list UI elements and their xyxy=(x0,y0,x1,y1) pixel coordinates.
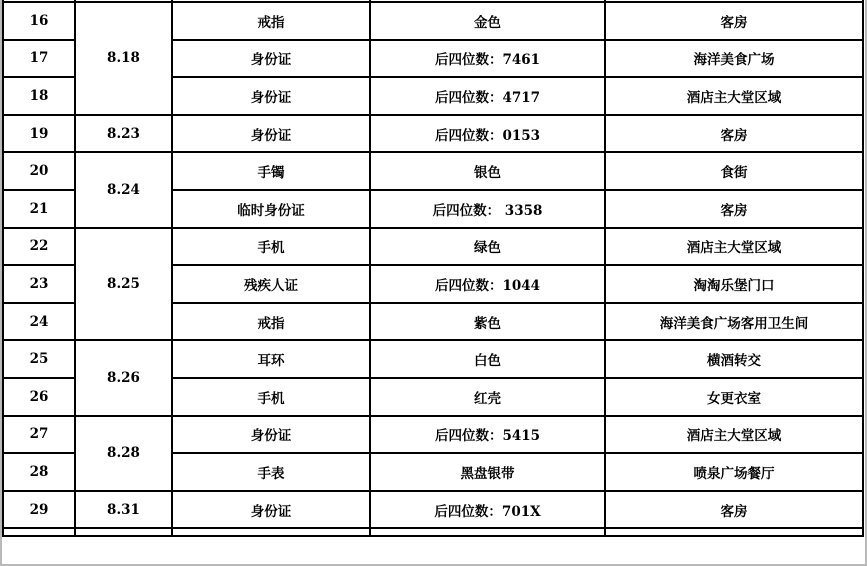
description-cell: 后四位数：4717 xyxy=(370,77,605,115)
item-cell: 残疾人证 xyxy=(172,265,370,303)
location-cell: 喷泉广场餐厅 xyxy=(605,453,863,491)
row-number-cell: 26 xyxy=(3,378,75,416)
description-cell: 紫色 xyxy=(370,303,605,341)
row-number-cell: 29 xyxy=(3,491,75,529)
date-cell: 8.31 xyxy=(75,491,172,529)
location-cell: 横酒转交 xyxy=(605,340,863,378)
description-cell: 后四位数：1044 xyxy=(370,265,605,303)
location-cell: 客房 xyxy=(605,115,863,153)
table-row-25: 25 8.26 耳环 白色 横酒转交 xyxy=(3,340,863,378)
date-cell: 8.24 xyxy=(75,152,172,227)
location-cell: 客房 xyxy=(605,190,863,228)
description-cell: 银色 xyxy=(370,152,605,190)
location-cell: 酒店主大堂区域 xyxy=(605,228,863,266)
date-cell: 8.18 xyxy=(75,2,172,115)
item-cell: 身份证 xyxy=(172,40,370,78)
row-number-cell: 28 xyxy=(3,453,75,491)
item-cell: 身份证 xyxy=(172,77,370,115)
row-number-cell: 20 xyxy=(3,152,75,190)
description-cell xyxy=(370,528,605,536)
item-cell: 身份证 xyxy=(172,115,370,153)
description-cell: 后四位数：5415 xyxy=(370,416,605,454)
row-number-cell: 19 xyxy=(3,115,75,153)
item-cell: 手机 xyxy=(172,378,370,416)
date-cell xyxy=(75,528,172,536)
row-number-cell: 16 xyxy=(3,2,75,40)
item-cell: 临时身份证 xyxy=(172,190,370,228)
row-number-cell: 24 xyxy=(3,303,75,341)
location-cell: 淘淘乐堡门口 xyxy=(605,265,863,303)
item-cell: 手机 xyxy=(172,228,370,266)
location-cell: 酒店主大堂区域 xyxy=(605,416,863,454)
date-cell: 8.28 xyxy=(75,416,172,491)
location-cell: 海洋美食广场客用卫生间 xyxy=(605,303,863,341)
description-cell: 红壳 xyxy=(370,378,605,416)
table-row-16: 16 8.18 戒指 金色 客房 xyxy=(3,2,863,40)
row-number-cell: 17 xyxy=(3,40,75,78)
row-number-cell: 23 xyxy=(3,265,75,303)
item-cell: 身份证 xyxy=(172,416,370,454)
location-cell: 客房 xyxy=(605,491,863,529)
description-cell: 后四位数：7461 xyxy=(370,40,605,78)
item-cell: 耳环 xyxy=(172,340,370,378)
item-cell: 身份证 xyxy=(172,491,370,529)
location-cell: 酒店主大堂区域 xyxy=(605,77,863,115)
description-cell: 白色 xyxy=(370,340,605,378)
location-cell: 海洋美食广场 xyxy=(605,40,863,78)
item-cell: 戒指 xyxy=(172,2,370,40)
description-cell: 后四位数：701X xyxy=(370,491,605,529)
description-cell: 黑盘银带 xyxy=(370,453,605,491)
date-cell: 8.23 xyxy=(75,115,172,153)
table-row-20: 20 8.24 手镯 银色 食街 xyxy=(3,152,863,190)
location-cell: 女更衣室 xyxy=(605,378,863,416)
row-number-cell: 22 xyxy=(3,228,75,266)
location-cell: 食街 xyxy=(605,152,863,190)
lost-items-table: 16 8.18 戒指 金色 客房 17 身份证 后四位数：7461 海洋美食广场… xyxy=(2,0,864,537)
location-cell: 客房 xyxy=(605,2,863,40)
screen-edge-left xyxy=(0,0,2,566)
row-number-cell: 18 xyxy=(3,77,75,115)
table-row-22: 22 8.25 手机 绿色 酒店主大堂区域 xyxy=(3,228,863,266)
table-row-partial-bottom xyxy=(3,528,863,536)
table-row-27: 27 8.28 身份证 后四位数：5415 酒店主大堂区域 xyxy=(3,416,863,454)
item-cell: 戒指 xyxy=(172,303,370,341)
item-cell: 手表 xyxy=(172,453,370,491)
table-row-19: 19 8.23 身份证 后四位数：0153 客房 xyxy=(3,115,863,153)
description-cell: 金色 xyxy=(370,2,605,40)
document-viewport: 16 8.18 戒指 金色 客房 17 身份证 后四位数：7461 海洋美食广场… xyxy=(0,0,867,566)
description-cell: 后四位数：0153 xyxy=(370,115,605,153)
row-number-cell: 25 xyxy=(3,340,75,378)
date-cell: 8.26 xyxy=(75,340,172,415)
row-number-cell: 21 xyxy=(3,190,75,228)
item-cell: 手镯 xyxy=(172,152,370,190)
table-row-29: 29 8.31 身份证 后四位数：701X 客房 xyxy=(3,491,863,529)
description-cell: 绿色 xyxy=(370,228,605,266)
row-number-cell: 27 xyxy=(3,416,75,454)
location-cell xyxy=(605,528,863,536)
row-number-cell xyxy=(3,528,75,536)
item-cell xyxy=(172,528,370,536)
description-cell: 后四位数： 3358 xyxy=(370,190,605,228)
date-cell: 8.25 xyxy=(75,228,172,341)
